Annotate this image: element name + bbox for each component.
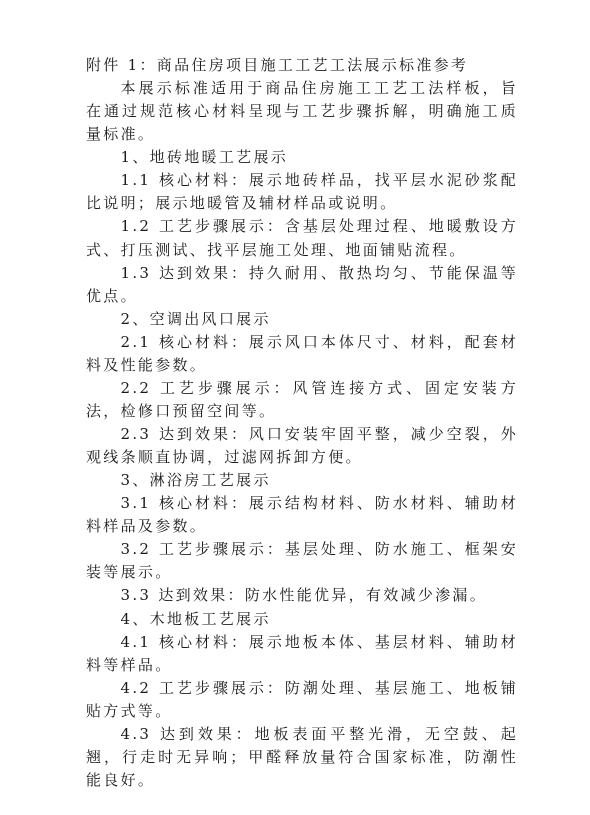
section-heading-1: 1、地砖地暖工艺展示: [86, 146, 518, 169]
section-heading-3: 3、淋浴房工艺展示: [86, 469, 518, 492]
section-4-item-3: 4.3 达到效果：地板表面平整光滑，无空鼓、起翘，行走时无异响；甲醛释放量符合国…: [86, 723, 518, 792]
document-title: 附件 1：商品住房项目施工工艺工法展示标准参考: [86, 54, 518, 77]
section-2-item-1: 2.1 核心材料：展示风口本体尺寸、材料，配套材料及性能参数。: [86, 331, 518, 377]
section-3-item-3: 3.3 达到效果：防水性能优异，有效减少渗漏。: [86, 584, 518, 607]
section-1-item-1: 1.1 核心材料：展示地砖样品，找平层水泥砂浆配比说明；展示地暖管及辅材样品或说…: [86, 169, 518, 215]
section-2-item-3: 2.3 达到效果：风口安装牢固平整，减少空裂，外观线条顺直协调，过滤网拆卸方便。: [86, 423, 518, 469]
section-3-item-2: 3.2 工艺步骤展示：基层处理、防水施工、框架安装等展示。: [86, 538, 518, 584]
section-heading-2: 2、空调出风口展示: [86, 308, 518, 331]
section-4-item-2: 4.2 工艺步骤展示：防潮处理、基层施工、地板铺贴方式等。: [86, 677, 518, 723]
section-1-item-2: 1.2 工艺步骤展示：含基层处理过程、地暖敷设方式、打压测试、找平层施工处理、地…: [86, 215, 518, 261]
intro-paragraph: 本展示标准适用于商品住房施工工艺工法样板，旨在通过规范核心材料呈现与工艺步骤拆解…: [86, 77, 518, 146]
section-2-item-2: 2.2 工艺步骤展示：风管连接方式、固定安装方法，检修口预留空间等。: [86, 377, 518, 423]
document-page: 附件 1：商品住房项目施工工艺工法展示标准参考 本展示标准适用于商品住房施工工艺…: [86, 54, 518, 792]
section-3-item-1: 3.1 核心材料：展示结构材料、防水材料、辅助材料样品及参数。: [86, 492, 518, 538]
section-1-item-3: 1.3 达到效果：持久耐用、散热均匀、节能保温等优点。: [86, 262, 518, 308]
section-4-item-1: 4.1 核心材料：展示地板本体、基层材料、辅助材料等样品。: [86, 631, 518, 677]
section-heading-4: 4、木地板工艺展示: [86, 608, 518, 631]
